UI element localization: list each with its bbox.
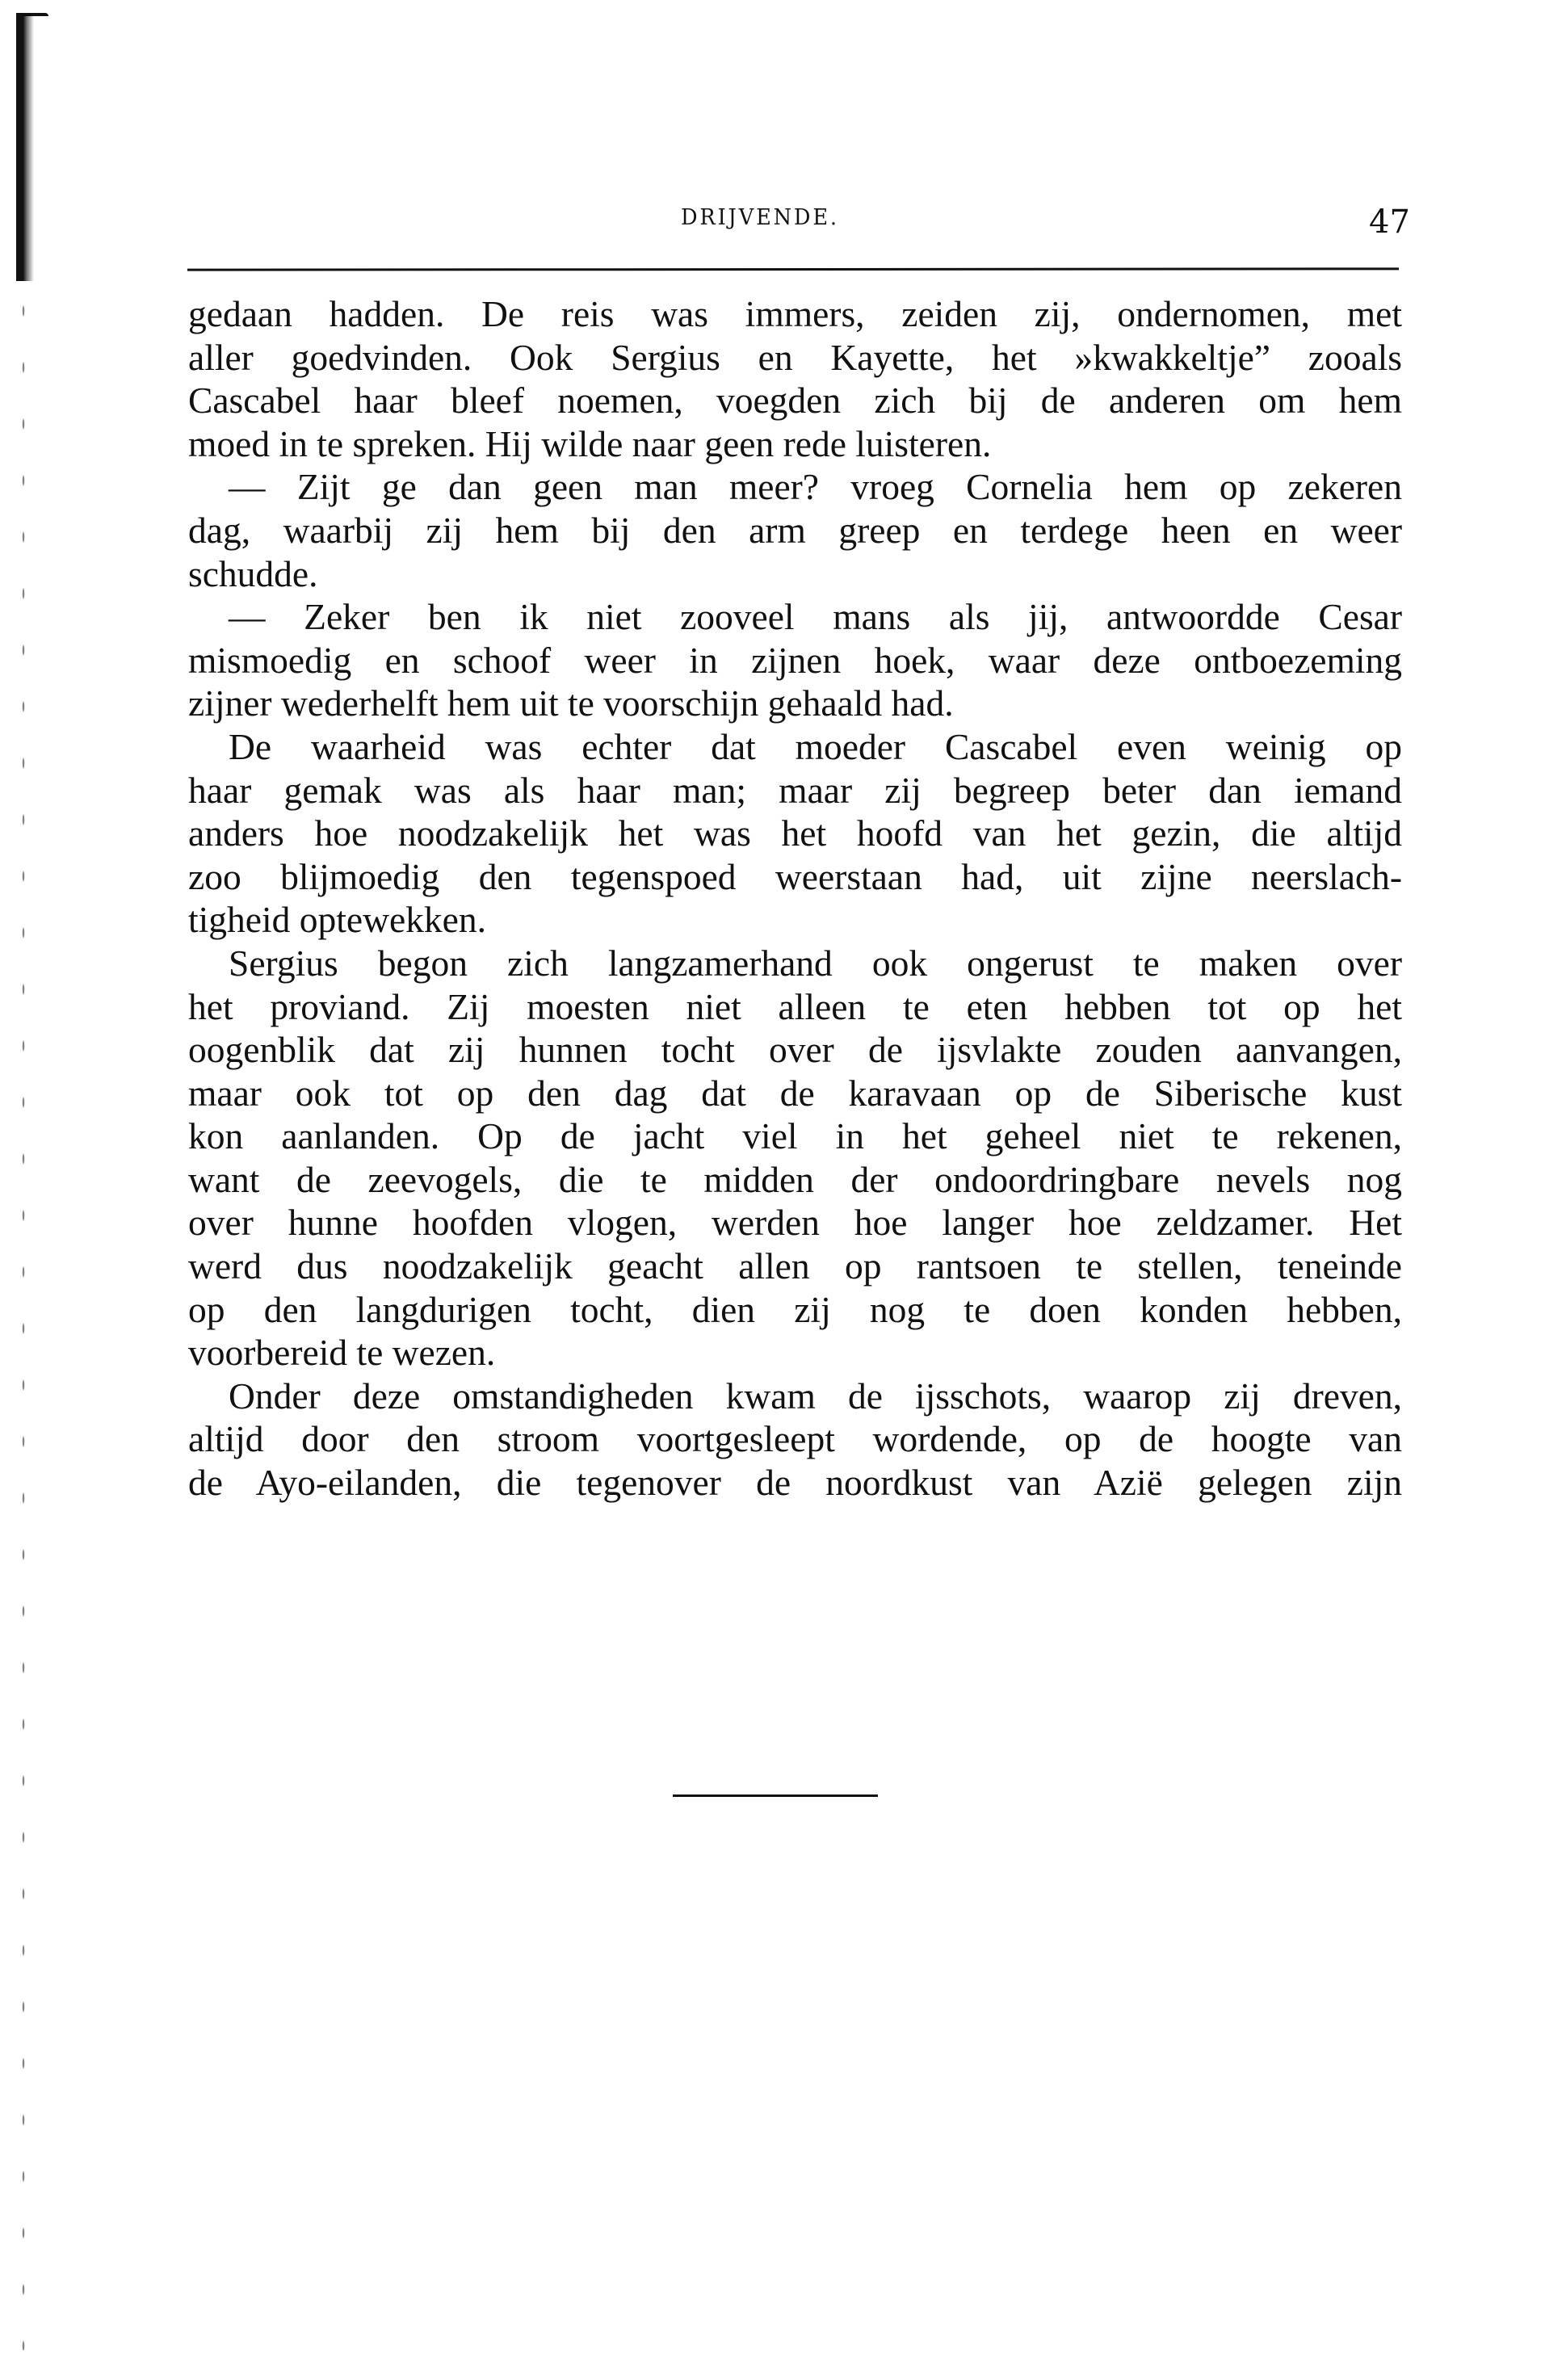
text-line: gedaan hadden. De reis was immers, zeide… [188, 292, 1402, 336]
text-line: anders hoe noodzakelijk het was het hoof… [188, 812, 1402, 855]
page-number: 47 [1369, 204, 1410, 241]
text-line: want de zeevogels, die te midden der ond… [188, 1158, 1402, 1202]
text-line: het proviand. Zij moesten niet alleen te… [188, 985, 1402, 1029]
text-line: — Zijt ge dan geen man meer? vroeg Corne… [188, 465, 1402, 509]
text-line: werd dus noodzakelijk geacht allen op ra… [188, 1245, 1402, 1288]
text-line: altijd door den stroom voortgesleept wor… [188, 1417, 1402, 1461]
text-line: mismoedig en schoof weer in zijnen hoek,… [188, 639, 1402, 682]
text-line: maar ook tot op den dag dat de karavaan … [188, 1072, 1402, 1115]
text-line: Onder deze omstandigheden kwam de ijssch… [188, 1375, 1402, 1418]
text-line: op den langdurigen tocht, dien zij nog t… [188, 1288, 1402, 1332]
text-line: over hunne hoofden vlogen, werden hoe la… [188, 1201, 1402, 1245]
text-line: De waarheid was echter dat moeder Cascab… [188, 725, 1402, 769]
header-rule [187, 267, 1399, 271]
text-line: haar gemak was als haar man; maar zij be… [188, 769, 1402, 812]
text-line: dag, waarbij zij hem bij den arm greep e… [188, 509, 1402, 552]
text-line: tigheid optewekken. [188, 898, 1402, 942]
text-line: de Ayo-eilanden, die tegenover de noordk… [188, 1461, 1402, 1505]
text-line: oogenblik dat zij hunnen tocht over de i… [188, 1028, 1402, 1072]
text-line: kon aanlanden. Op de jacht viel in het g… [188, 1114, 1402, 1158]
chapter-title: DRIJVENDE. [681, 205, 839, 230]
book-page: DRIJVENDE. 47 gedaan hadden. De reis was… [0, 0, 1545, 2380]
body-text: gedaan hadden. De reis was immers, zeide… [188, 292, 1402, 1505]
text-line: Sergius begon zich langzamerhand ook ong… [188, 942, 1402, 985]
text-line: moed in te spreken. Hij wilde naar geen … [188, 422, 1402, 466]
text-line: schudde. [188, 552, 1402, 596]
text-line: voorbereid te wezen. [188, 1331, 1402, 1375]
text-line: zoo blijmoedig den tegenspoed weerstaan … [188, 855, 1402, 899]
text-line: aller goedvinden. Ook Sergius en Kayette… [188, 336, 1402, 380]
text-line: — Zeker ben ik niet zooveel mans als jij… [188, 595, 1402, 639]
text-line: Cascabel haar bleef noemen, voegden zich… [188, 379, 1402, 422]
scan-edge-specks [18, 283, 29, 2350]
text-line: zijner wederhelft hem uit te voorschijn … [188, 682, 1402, 725]
end-rule [673, 1794, 878, 1797]
scan-edge-shadow [16, 15, 34, 281]
